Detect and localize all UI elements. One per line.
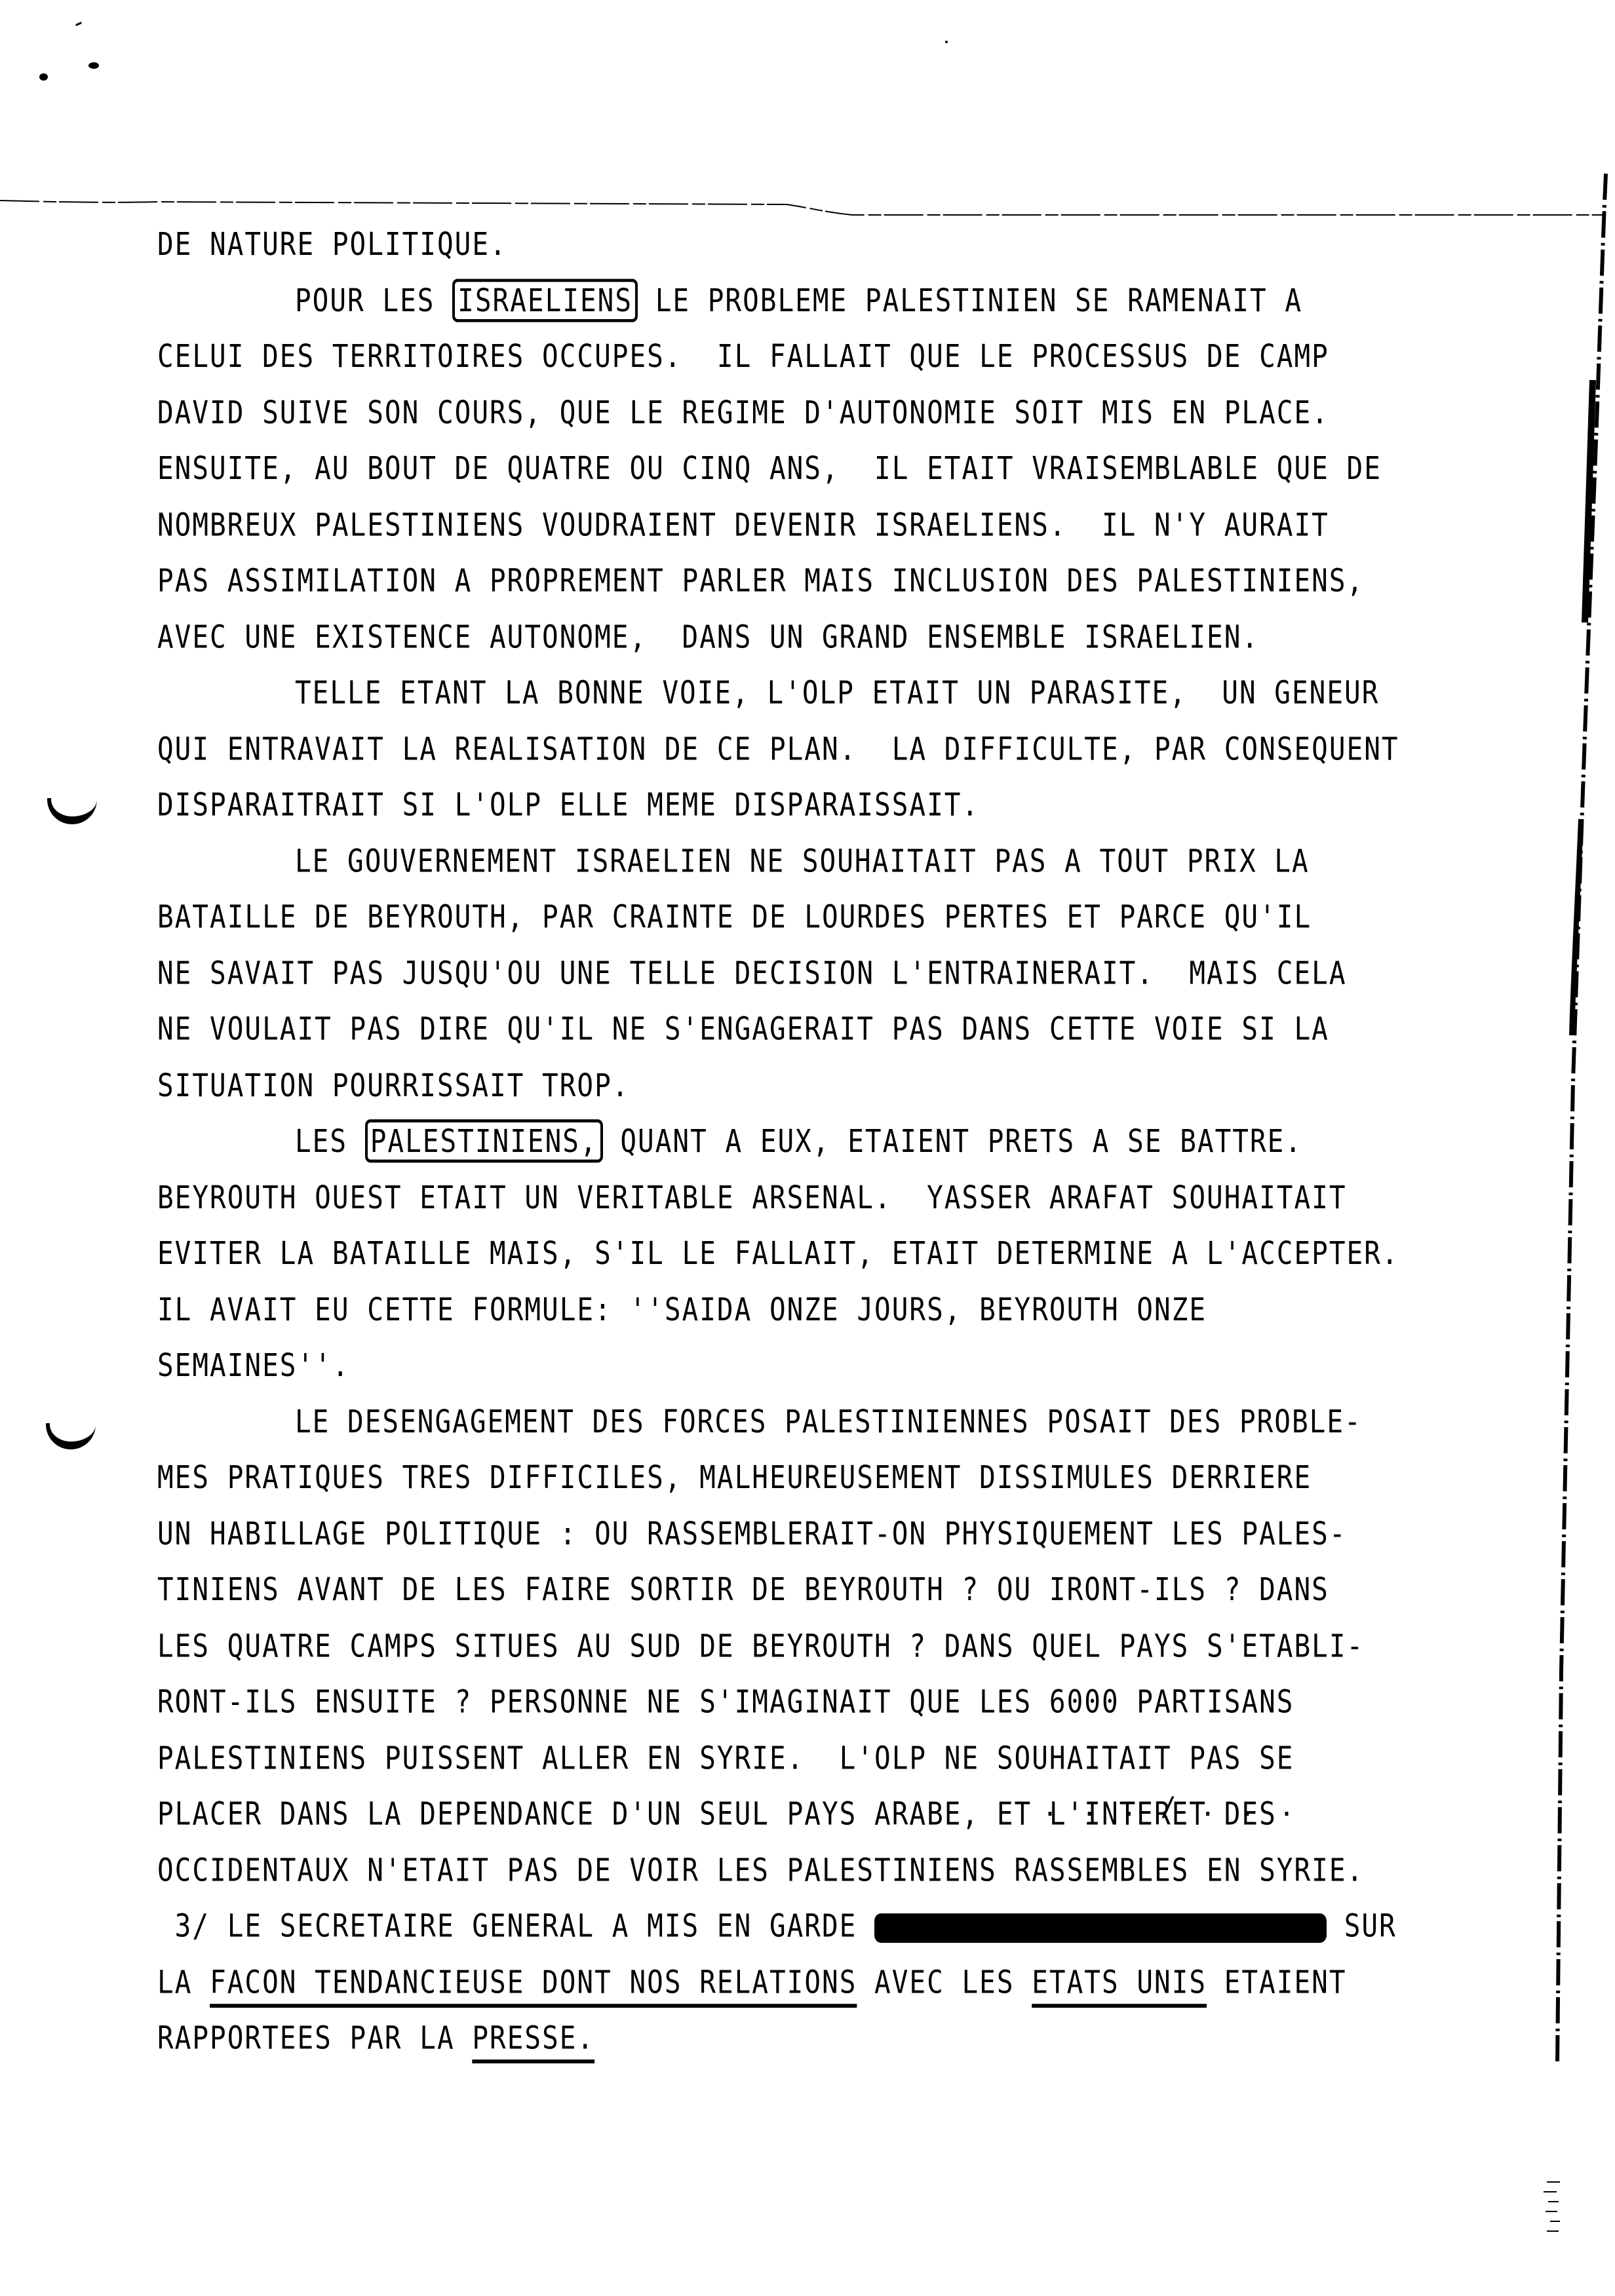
boxed-word-israeliens: ISRAELIENS	[452, 278, 638, 322]
text-line: PALESTINIENS PUISSENT ALLER EN SYRIE. L'…	[157, 1730, 1521, 1786]
punch-hole-mark	[47, 798, 97, 824]
text-line: MES PRATIQUES TRES DIFFICILES, MALHEUREU…	[157, 1449, 1521, 1506]
scan-speck	[75, 22, 82, 26]
scanned-page: DE NATURE POLITIQUE. POUR LES ISRAELIENS…	[0, 0, 1615, 2296]
text-line: UN HABILLAGE POLITIQUE : OU RASSEMBLERAI…	[157, 1506, 1521, 1562]
text-line: TELLE ETANT LA BONNE VOIE, L'OLP ETAIT U…	[157, 664, 1521, 721]
document-body: DE NATURE POLITIQUE. POUR LES ISRAELIENS…	[157, 216, 1521, 2066]
text-line: 3/ LE SECRETAIRE GENERAL A MIS EN GARDE …	[157, 1898, 1521, 1955]
text-line: SEMAINES''.	[157, 1337, 1521, 1394]
text-line: LE DESENGAGEMENT DES FORCES PALESTINIENN…	[157, 1394, 1521, 1450]
text-line: TINIENS AVANT DE LES FAIRE SORTIR DE BEY…	[157, 1561, 1521, 1618]
text-line: NOMBREUX PALESTINIENS VOUDRAIENT DEVENIR…	[157, 497, 1521, 553]
text-line: RONT-ILS ENSUITE ? PERSONNE NE S'IMAGINA…	[157, 1674, 1521, 1730]
punch-hole-mark	[46, 1423, 96, 1449]
text-line: RAPPORTEES PAR LA PRESSE.	[157, 2010, 1521, 2067]
handwritten-underline: ETATS UNIS	[1032, 1963, 1207, 2000]
boxed-word-palestiniens: PALESTINIENS,	[365, 1119, 603, 1162]
text-line: POUR LES ISRAELIENS LE PROBLEME PALESTIN…	[157, 273, 1521, 329]
text-line: DISPARAITRAIT SI L'OLP ELLE MEME DISPARA…	[157, 777, 1521, 833]
scan-speck	[945, 41, 948, 43]
binding-edge	[1508, 164, 1615, 2296]
redaction-bar	[874, 1913, 1327, 1943]
text-line: OCCIDENTAUX N'ETAIT PAS DE VOIR LES PALE…	[157, 1842, 1521, 1898]
text-line: EVITER LA BATAILLE MAIS, S'IL LE FALLAIT…	[157, 1225, 1521, 1282]
text-line: PLACER DANS LA DEPENDANCE D'UN SEUL PAYS…	[157, 1786, 1521, 1842]
text-line: PAS ASSIMILATION A PROPREMENT PARLER MAI…	[157, 552, 1521, 609]
text-line: DAVID SUIVE SON COURS, QUE LE REGIME D'A…	[157, 385, 1521, 441]
text-line: LES PALESTINIENS, QUANT A EUX, ETAIENT P…	[157, 1113, 1521, 1170]
text-line: BATAILLE DE BEYROUTH, PAR CRAINTE DE LOU…	[157, 889, 1521, 946]
text-line: CELUI DES TERRITOIRES OCCUPES. IL FALLAI…	[157, 328, 1521, 385]
text-line: DE NATURE POLITIQUE.	[157, 216, 1521, 273]
text-line: QUI ENTRAVAIT LA REALISATION DE CE PLAN.…	[157, 721, 1521, 777]
text-line: IL AVAIT EU CETTE FORMULE: ''SAIDA ONZE …	[157, 1281, 1521, 1337]
text-line: SITUATION POURRISSAIT TROP.	[157, 1057, 1521, 1113]
text-line: LE GOUVERNEMENT ISRAELIEN NE SOUHAITAIT …	[157, 833, 1521, 889]
scan-speck	[88, 62, 99, 69]
text-line: ENSUITE, AU BOUT DE QUATRE OU CINQ ANS, …	[157, 440, 1521, 497]
text-line: LES QUATRE CAMPS SITUES AU SUD DE BEYROU…	[157, 1618, 1521, 1674]
text-line: NE SAVAIT PAS JUSQU'OU UNE TELLE DECISIO…	[157, 945, 1521, 1001]
text-line: AVEC UNE EXISTENCE AUTONOME, DANS UN GRA…	[157, 609, 1521, 665]
handwritten-underline: PRESSE.	[472, 2019, 594, 2057]
text-line: NE VOULAIT PAS DIRE QU'IL NE S'ENGAGERAI…	[157, 1001, 1521, 1058]
scan-speck	[39, 73, 48, 81]
handwritten-underline: FACON TENDANCIEUSE DONT NOS RELATIONS	[210, 1963, 857, 2000]
text-line: LA FACON TENDANCIEUSE DONT NOS RELATIONS…	[157, 1954, 1521, 2010]
text-line: BEYROUTH OUEST ETAIT UN VERITABLE ARSENA…	[157, 1169, 1521, 1225]
continuation-marker: . . . / . . .	[1042, 1792, 1298, 1822]
